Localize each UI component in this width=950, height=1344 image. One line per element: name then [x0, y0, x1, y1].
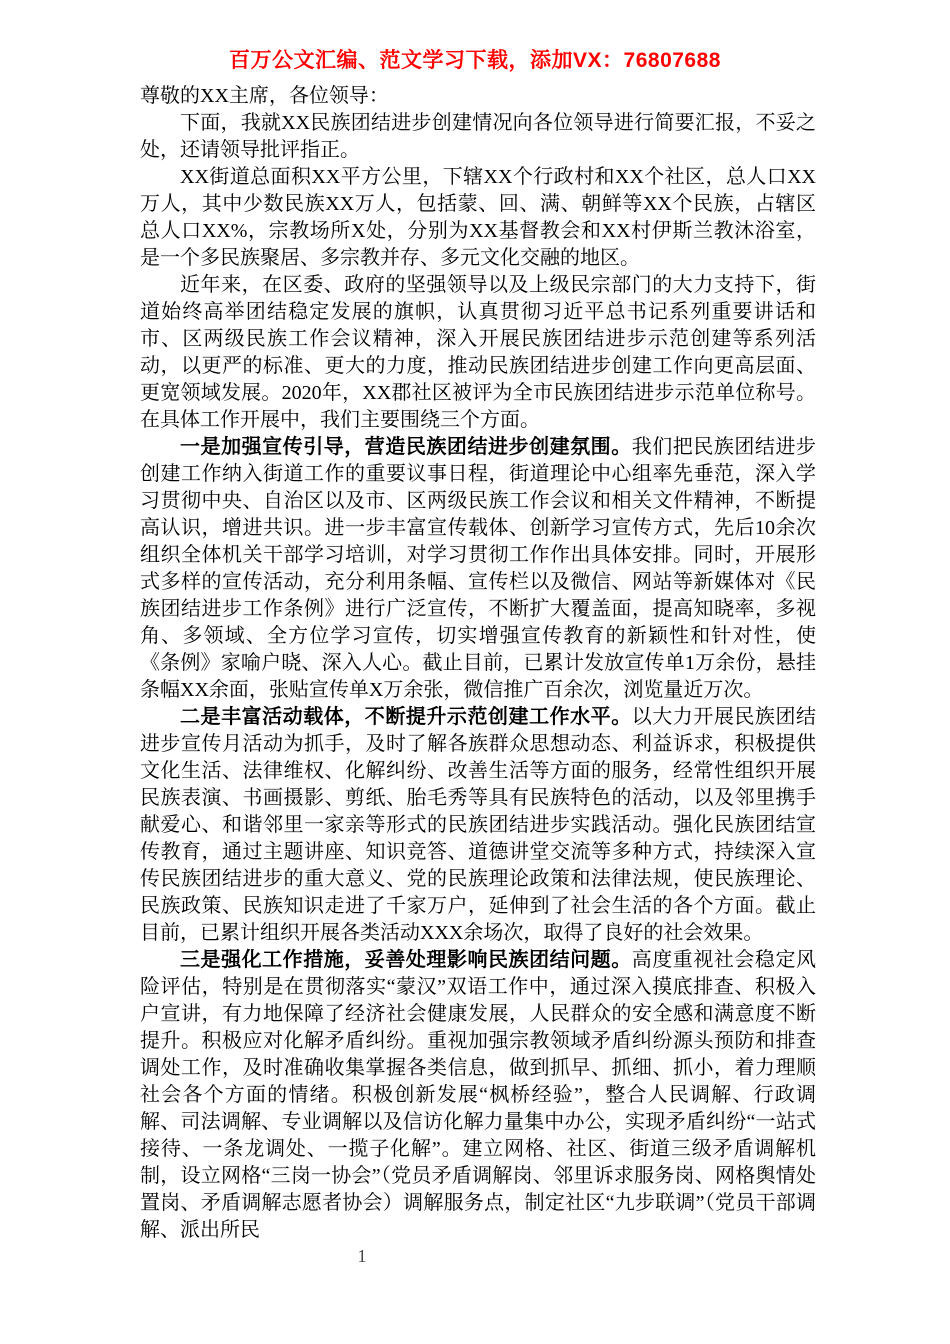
page-number: 1: [340, 1246, 384, 1266]
paragraph-text: 下面，我就XX民族团结进步创建情况向各位领导进行简要汇报，不妥之处，还请领导批评…: [140, 112, 816, 161]
paragraph: 二是丰富活动载体，不断提升示范创建工作水平。以大力开展民族团结进步宣传月活动为抓…: [140, 704, 816, 947]
salutation: 尊敬的XX主席，各位领导：: [140, 83, 816, 110]
paragraph: 下面，我就XX民族团结进步创建情况向各位领导进行简要汇报，不妥之处，还请领导批评…: [140, 110, 816, 164]
document-body: 尊敬的XX主席，各位领导： 下面，我就XX民族团结进步创建情况向各位领导进行简要…: [140, 83, 816, 1244]
paragraph: 近年来，在区委、政府的坚强领导以及上级民宗部门的大力支持下，街道始终高举团结稳定…: [140, 272, 816, 434]
paragraph-lead-emphasis: 三是强化工作措施，妥善处理影响民族团结问题。: [180, 949, 632, 971]
paragraph-text: 近年来，在区委、政府的坚强领导以及上级民宗部门的大力支持下，街道始终高举团结稳定…: [140, 274, 816, 431]
paragraph-lead-emphasis: 二是丰富活动载体，不断提升示范创建工作水平。: [180, 706, 632, 728]
document-page: 百万公文汇编、范文学习下载，添加VX：76807688 尊敬的XX主席，各位领导…: [0, 0, 950, 1344]
paragraph-text: 高度重视社会稳定风险评估，特别是在贯彻落实“蒙汉”双语工作中，通过深入摸底排查、…: [140, 949, 816, 1241]
paragraph: 一是加强宣传引导，营造民族团结进步创建氛围。我们把民族团结进步创建工作纳入街道工…: [140, 434, 816, 704]
paragraph-text: XX街道总面积XX平方公里，下辖XX个行政村和XX个社区，总人口XX万人，其中少…: [140, 166, 816, 269]
paragraph: 三是强化工作措施，妥善处理影响民族团结问题。高度重视社会稳定风险评估，特别是在贯…: [140, 947, 816, 1244]
promo-header-text: 百万公文汇编、范文学习下载，添加VX：76807688: [0, 44, 950, 74]
paragraph-text: 以大力开展民族团结进步宣传月活动为抓手，及时了解各族群众思想动态、利益诉求，积极…: [140, 706, 816, 944]
paragraph-lead-emphasis: 一是加强宣传引导，营造民族团结进步创建氛围。: [180, 436, 632, 458]
paragraph: XX街道总面积XX平方公里，下辖XX个行政村和XX个社区，总人口XX万人，其中少…: [140, 164, 816, 272]
paragraph-text: 我们把民族团结进步创建工作纳入街道工作的重要议事日程，街道理论中心组率先垂范，深…: [140, 436, 816, 701]
